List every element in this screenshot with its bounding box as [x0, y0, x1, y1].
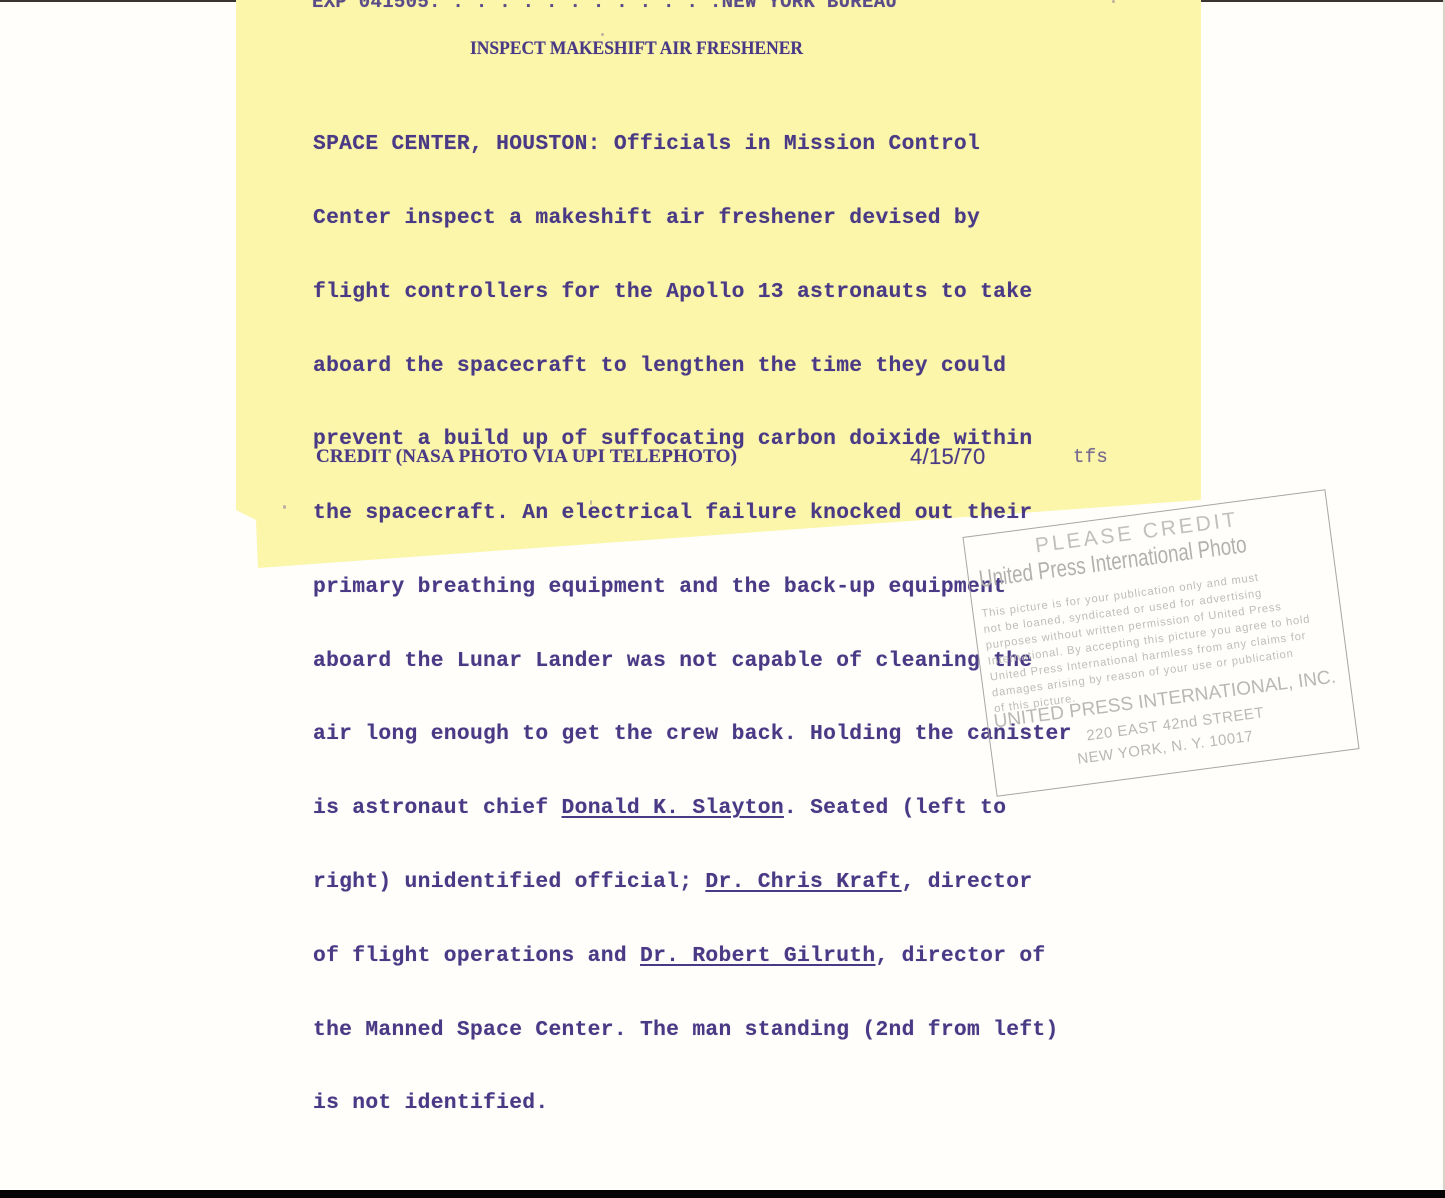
caption-text: , director of: [875, 944, 1045, 968]
photo-credit: CREDIT (NASA PHOTO VIA UPI TELEPHOTO): [316, 446, 737, 468]
caption-headline: INSPECT MAKESHIFT AIR FRESHENER: [470, 38, 803, 60]
caption-line: right) unidentified official; Dr. Chris …: [313, 870, 1072, 895]
photo-bottom-edge: [0, 1190, 1445, 1198]
underlined-name-slayton: Donald K. Slayton: [562, 796, 784, 820]
underlined-name-kraft: Dr. Chris Kraft: [705, 870, 901, 894]
typist-initials: tfs: [1073, 446, 1108, 468]
caption-text: is astronaut chief: [313, 796, 562, 820]
ink-speck: [1112, 0, 1115, 3]
caption-text: right) unidentified official;: [313, 870, 705, 894]
caption-text: the spacecraft. An electrical failure kn…: [313, 501, 1032, 525]
caption-line: aboard the Lunar Lander was not capable …: [313, 649, 1072, 674]
caption-line: air long enough to get the crew back. Ho…: [313, 722, 1072, 747]
ink-speck: [590, 500, 592, 505]
caption-line: flight controllers for the Apollo 13 ast…: [313, 280, 1072, 305]
caption-date: 4/15/70: [910, 444, 986, 470]
caption-text: aboard the Lunar Lander was not capable …: [313, 649, 1032, 673]
caption-text: primary breathing equipment and the back…: [313, 575, 1006, 599]
caption-line: is not identified.: [313, 1091, 1072, 1116]
caption-text: SPACE CENTER, HOUSTON: Officials in Miss…: [313, 132, 980, 156]
ink-speck: [283, 505, 286, 509]
underlined-name-gilruth: Dr. Robert Gilruth: [640, 944, 875, 968]
caption-text: aboard the spacecraft to lengthen the ti…: [313, 354, 1006, 378]
caption-body: SPACE CENTER, HOUSTON: Officials in Miss…: [313, 83, 1072, 1141]
caption-line: is astronaut chief Donald K. Slayton. Se…: [313, 796, 1072, 821]
caption-text: air long enough to get the crew back. Ho…: [313, 722, 1072, 746]
caption-line: of flight operations and Dr. Robert Gilr…: [313, 944, 1072, 969]
caption-line: SPACE CENTER, HOUSTON: Officials in Miss…: [313, 132, 1072, 157]
upi-credit-stamp: PLEASE CREDIT United Press International…: [962, 489, 1359, 797]
caption-line: aboard the spacecraft to lengthen the ti…: [313, 354, 1072, 379]
caption-line: primary breathing equipment and the back…: [313, 575, 1072, 600]
caption-line: Center inspect a makeshift air freshener…: [313, 206, 1072, 231]
caption-text: is not identified.: [313, 1091, 548, 1115]
ink-speck: [601, 33, 604, 36]
caption-text: flight controllers for the Apollo 13 ast…: [313, 280, 1032, 304]
caption-text: the Manned Space Center. The man standin…: [313, 1018, 1059, 1042]
caption-line: the Manned Space Center. The man standin…: [313, 1018, 1072, 1043]
caption-line: the spacecraft. An electrical failure kn…: [313, 501, 1072, 526]
caption-header-line: EXP 041505. . . . . . . . . . . . .NEW Y…: [312, 0, 897, 13]
caption-text: , director: [902, 870, 1033, 894]
caption-text: of flight operations and: [313, 944, 640, 968]
caption-text: . Seated (left to: [784, 796, 1006, 820]
caption-text: Center inspect a makeshift air freshener…: [313, 206, 980, 230]
